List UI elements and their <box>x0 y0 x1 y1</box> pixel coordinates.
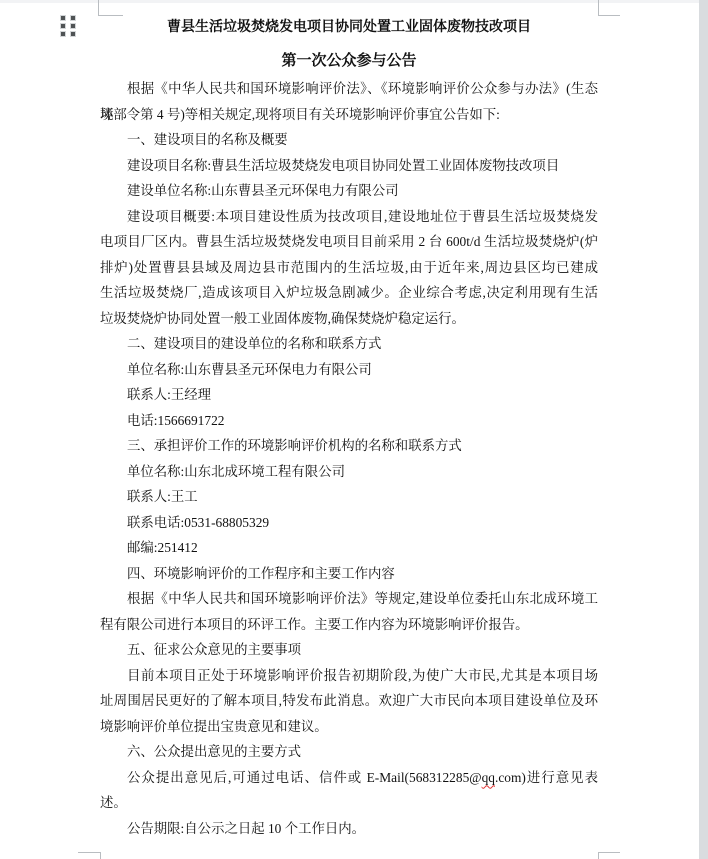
drag-handle-dot <box>61 16 65 20</box>
drag-handle-dot <box>71 16 75 20</box>
text-line: 述。 <box>100 790 598 816</box>
crop-mark-top-right <box>598 0 620 16</box>
email-line-post: .com)进行意见表 <box>495 770 598 785</box>
text-line: 单位名称:山东曹县圣元环保电力有限公司 <box>100 357 598 383</box>
text-line: 建设项目概要:本项目建设性质为技改项目,建设地址位于曹县生活垃圾焚烧发 <box>100 204 598 230</box>
text-line: 目前本项目正处于环境影响评价报告初期阶段,为使广大市民,尤其是本项目场 <box>100 663 598 689</box>
section-heading: 二、建设项目的建设单位的名称和联系方式 <box>100 331 598 357</box>
text-line: 生活垃圾焚烧厂,造成该项目入炉垃圾急剧减少。企业综合考虑,决定利用现有生活 <box>100 280 598 306</box>
section-heading: 四、环境影响评价的工作程序和主要工作内容 <box>100 561 598 587</box>
text-line: 公告期限:自公示之日起 10 个工作日内。 <box>100 816 598 842</box>
section-heading: 六、公众提出意见的主要方式 <box>100 739 598 765</box>
text-line: 电话:1566691722 <box>100 408 598 434</box>
document-text-area: 曹县生活垃圾焚烧发电项目协同处置工业固体废物技改项目 第一次公众参与公告 根据《… <box>100 10 598 841</box>
text-line: 根据《中华人民共和国环境影响评价法》等规定,建设单位委托山东北成环境工 <box>100 586 598 612</box>
crop-mark-bottom-left <box>78 852 101 859</box>
page-right-edge <box>699 0 708 859</box>
text-line: 电项目厂区内。曹县生活垃圾焚烧发电项目目前采用 2 台 600t/d 生活垃圾焚… <box>100 229 598 255</box>
drag-handle-dot <box>71 32 75 36</box>
text-line: 垃圾焚烧炉协同处置一般工业固体废物,确保焚烧炉稳定运行。 <box>100 306 598 332</box>
drag-handle-dot <box>71 24 75 28</box>
doc-title: 曹县生活垃圾焚烧发电项目协同处置工业固体废物技改项目 <box>100 10 598 46</box>
drag-handle-dot <box>61 32 65 36</box>
text-line: 排炉)处置曹县县域及周边县市范围内的生活垃圾,由于近年来,周边县区均已建成 <box>100 255 598 281</box>
text-line: 建设单位名称:山东曹县圣元环保电力有限公司 <box>100 178 598 204</box>
text-line: 联系人:王经理 <box>100 382 598 408</box>
drag-handle-dot <box>61 24 65 28</box>
text-line: 邮编:251412 <box>100 535 598 561</box>
text-line: 联系电话:0531-68805329 <box>100 510 598 536</box>
text-line: 程有限公司进行本项目的环评工作。主要工作内容为环境影响评价报告。 <box>100 612 598 638</box>
email-line-pre: 公众提出意见后,可通过电话、信件或 E-Mail(568312285@ <box>127 770 482 785</box>
text-line: 境部令第 4 号)等相关规定,现将项目有关环境影响评价事宜公告如下: <box>100 102 598 128</box>
text-line: 单位名称:山东北成环境工程有限公司 <box>100 459 598 485</box>
text-line: 根据《中华人民共和国环境影响评价法》、《环境影响评价公众参与办法》(生态环 <box>100 76 598 102</box>
text-line: 址周围居民更好的了解本项目,特发布此消息。欢迎广大市民向本项目建设单位及环 <box>100 688 598 714</box>
section-heading: 三、承担评价工作的环境影响评价机构的名称和联系方式 <box>100 433 598 459</box>
text-line: 建设项目名称:曹县生活垃圾焚烧发电项目协同处置工业固体废物技改项目 <box>100 153 598 179</box>
text-line: 联系人:王工 <box>100 484 598 510</box>
section-heading: 一、建设项目的名称及概要 <box>100 127 598 153</box>
email-text-line: 公众提出意见后,可通过电话、信件或 E-Mail(568312285@qq.co… <box>100 765 598 791</box>
text-line: 境影响评价单位提出宝贵意见和建议。 <box>100 714 598 740</box>
document-page: 曹县生活垃圾焚烧发电项目协同处置工业固体废物技改项目 第一次公众参与公告 根据《… <box>0 0 708 859</box>
doc-subtitle: 第一次公众参与公告 <box>100 46 598 76</box>
section-heading: 五、征求公众意见的主要事项 <box>100 637 598 663</box>
paragraph-drag-handle-icon[interactable] <box>61 16 75 36</box>
email-spellcheck-segment: qq <box>482 770 495 785</box>
crop-mark-bottom-right <box>598 852 620 859</box>
